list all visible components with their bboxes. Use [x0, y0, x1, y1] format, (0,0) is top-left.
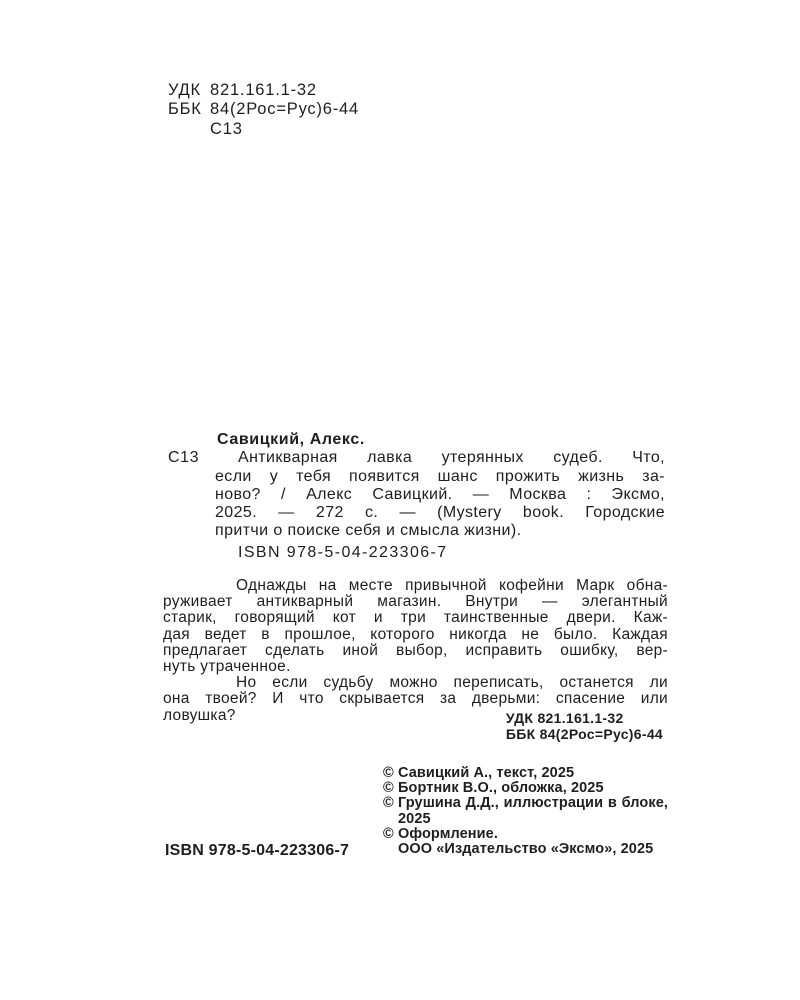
- text-line: нуть утраченное.: [163, 659, 668, 675]
- copyright-item: ©Грушина Д.Д., иллюстрации в блоке,2025: [383, 796, 668, 826]
- text-line: предлагает сделать иной выбор, исправить…: [163, 643, 668, 659]
- author-sign-hanging: С13: [168, 449, 199, 467]
- copyright-line: Оформление.: [398, 827, 668, 842]
- isbn-bottom: ISBN 978-5-04-223306-7: [165, 842, 349, 860]
- author-heading: Савицкий, Алекс.: [215, 431, 665, 449]
- author-sign: С13: [210, 120, 243, 139]
- bib-first-line-text: Антикварная лавка утерянных судеб. Что,: [238, 449, 665, 466]
- author-sign-row: С13: [168, 120, 359, 139]
- text-line: если у тебя появится шанс прожить жизнь …: [215, 468, 665, 486]
- annotation: Однажды на месте привычной кофейни Марк …: [163, 578, 668, 724]
- bib-lines: если у тебя появится шанс прожить жизнь …: [215, 468, 665, 541]
- bbk-row: ББК 84(2Рос=Рус)6-44: [168, 100, 359, 119]
- udk-label: УДК: [168, 81, 210, 100]
- text-line: Однажды на месте привычной кофейни Марк …: [163, 578, 668, 594]
- text-line: дая ведет в прошлое, которого никогда не…: [163, 627, 668, 643]
- udk-bold: УДК 821.161.1-32: [506, 711, 663, 727]
- copyright-line: Грушина Д.Д., иллюстрации в блоке,: [398, 796, 668, 811]
- text-line: 2025. — 272 с. — (Mystery book. Городски…: [215, 504, 665, 522]
- copyright-icon: ©: [383, 781, 394, 796]
- copyright-item: ©Оформление.ООО «Издательство «Эксмо», 2…: [383, 827, 668, 857]
- copyright-page: УДК 821.161.1-32 ББК 84(2Рос=Рус)6-44 С1…: [0, 0, 800, 1000]
- copyright-list: ©Савицкий А., текст, 2025©Бортник В.О., …: [383, 766, 668, 857]
- copyright-line: Бортник В.О., обложка, 2025: [398, 781, 668, 796]
- text-line: Но если судьбу можно переписать, останет…: [163, 675, 668, 691]
- text-line: ново? / Алекс Савицкий. — Москва : Эксмо…: [215, 486, 665, 504]
- text-line: руживает антикварный магазин. Внутри — э…: [163, 594, 668, 610]
- copyright-item: ©Савицкий А., текст, 2025: [383, 766, 668, 781]
- udk-value: 821.161.1-32: [210, 81, 317, 100]
- annotation-paragraph-1: Однажды на месте привычной кофейни Марк …: [163, 578, 668, 675]
- bib-first-line: С13Антикварная лавка утерянных судеб. Чт…: [215, 449, 665, 467]
- bibliographic-record: Савицкий, Алекс. С13Антикварная лавка ут…: [215, 431, 665, 541]
- copyright-line: 2025: [398, 812, 668, 827]
- bottom-classification-block: УДК 821.161.1-32 ББК 84(2Рос=Рус)6-44: [506, 711, 663, 742]
- text-line: притчи о поиске себя и смысла жизни).: [215, 522, 665, 540]
- copyright-line: ООО «Издательство «Эксмо», 2025: [398, 842, 668, 857]
- isbn-record: ISBN 978-5-04-223306-7: [238, 544, 448, 562]
- copyright-icon: ©: [383, 796, 394, 811]
- bbk-value: 84(2Рос=Рус)6-44: [210, 100, 359, 119]
- text-line: старик, говорящий кот и три таинственные…: [163, 610, 668, 626]
- copyright-icon: ©: [383, 827, 394, 842]
- copyright-item: ©Бортник В.О., обложка, 2025: [383, 781, 668, 796]
- bbk-label: ББК: [168, 100, 210, 119]
- copyright-line: Савицкий А., текст, 2025: [398, 766, 668, 781]
- bbk-bold: ББК 84(2Рос=Рус)6-44: [506, 727, 663, 743]
- copyright-icon: ©: [383, 766, 394, 781]
- udk-row: УДК 821.161.1-32: [168, 81, 359, 100]
- text-line: она твоей? И что скрывается за дверьми: …: [163, 691, 668, 707]
- top-classification-block: УДК 821.161.1-32 ББК 84(2Рос=Рус)6-44 С1…: [168, 81, 359, 139]
